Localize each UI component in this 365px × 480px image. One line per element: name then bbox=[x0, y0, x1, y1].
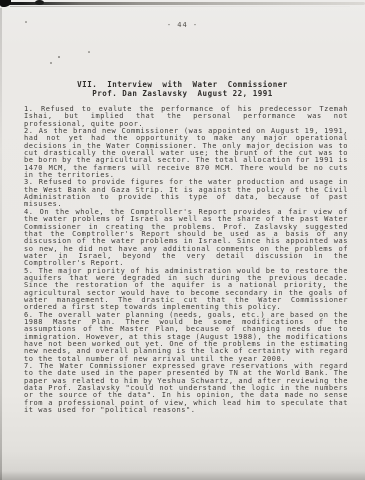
scanned-document-page: - 44 - VII. Interview with Water Commiss… bbox=[0, 0, 365, 480]
scan-artifact-bottom-band bbox=[0, 471, 365, 480]
scan-artifact-top-line bbox=[0, 2, 365, 5]
scan-speck bbox=[88, 51, 90, 53]
document-title: VII. Interview with Water Commissioner P… bbox=[0, 81, 365, 98]
scan-speck bbox=[58, 56, 60, 58]
document-title-line-2: Prof. Dan Zaslavsky August 22, 1991 bbox=[0, 90, 365, 99]
paragraph: 5. The major priority of his administrat… bbox=[24, 268, 348, 312]
scan-artifact-ink-blob bbox=[35, 0, 44, 5]
paragraph: 1. Refused to evalute the performance of… bbox=[24, 106, 348, 128]
paragraph: 3. Refused to provide figures for the wa… bbox=[24, 179, 348, 208]
document-body: 1. Refused to evalute the performance of… bbox=[24, 106, 348, 414]
scan-artifact-left-edge bbox=[0, 8, 2, 480]
scan-artifact-top-line-2 bbox=[10, 6, 350, 7]
paragraph: 2. As the brand new Commissioner (was ap… bbox=[24, 128, 348, 179]
paragraph: 7. The Water Commissioner expressed grav… bbox=[24, 363, 348, 414]
paragraph: 6. The overall water planning (needs, go… bbox=[24, 312, 348, 363]
scan-speck bbox=[50, 62, 52, 64]
page-number: - 44 - bbox=[0, 21, 365, 29]
paragraph: 4. On the whole, the Comptroller's Repor… bbox=[24, 209, 348, 268]
